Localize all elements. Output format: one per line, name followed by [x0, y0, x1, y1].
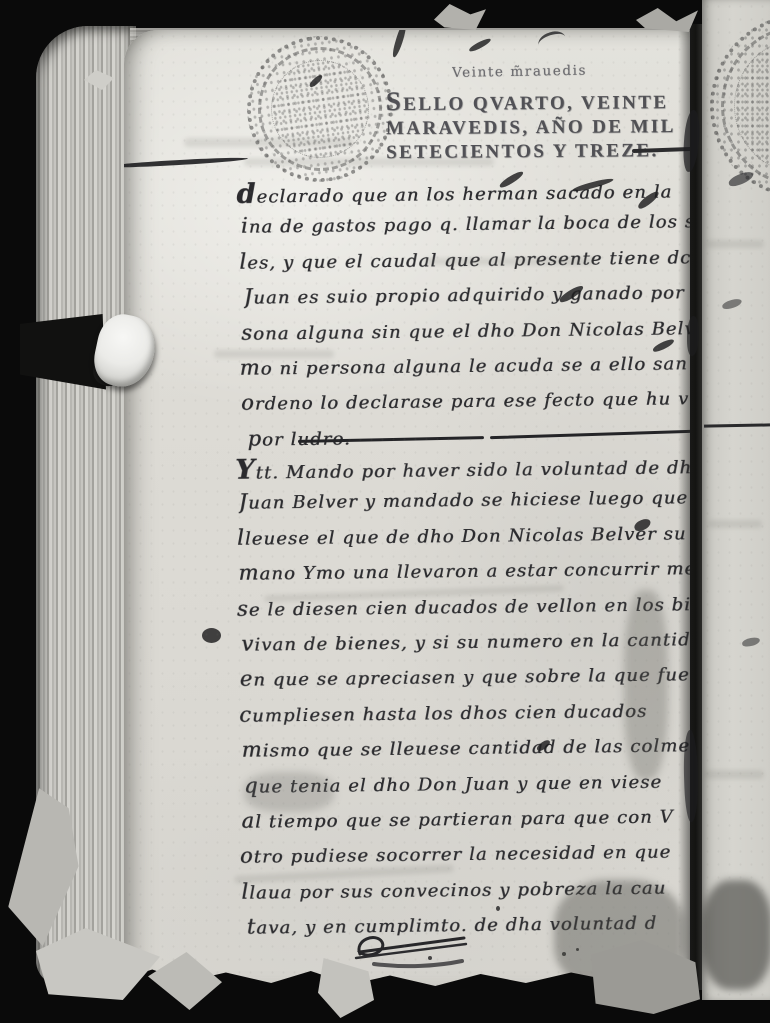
- ink-blot: [468, 37, 492, 53]
- handwritten-line: cumpliesen hasta los dhos cien ducados: [239, 697, 690, 738]
- handwritten-line: mismo que se lleuese cantidad de las col…: [241, 732, 690, 773]
- manuscript-page: Veinte m̃rauedis SELLO QVARTO, VEINTE MA…: [124, 30, 690, 986]
- show-through-streak: [244, 158, 494, 166]
- handwritten-line: lleuese el que de dho Don Nicolas Belver…: [237, 520, 690, 561]
- page-stain: [244, 772, 334, 812]
- ink-blot: [391, 30, 408, 58]
- ink-seal-stamp: [238, 30, 403, 191]
- ink-smear: [124, 156, 248, 168]
- ink-dot: [496, 906, 500, 911]
- facing-page-rule: [704, 423, 770, 428]
- rubric-flourish: [346, 928, 556, 974]
- ink-blot: [202, 628, 221, 643]
- show-through-streak: [424, 258, 594, 265]
- tax-stamp-heading: SELLO QVARTO, VEINTE MARAVEDIS, AÑO DE M…: [386, 87, 690, 165]
- page-stain: [624, 590, 668, 780]
- handwritten-line: en que se apreciasen y que sobre la que …: [240, 662, 690, 703]
- ink-squiggle: [536, 30, 568, 54]
- show-through-streak: [706, 240, 764, 248]
- stamp-heading-line: SELLO QVARTO, VEINTE: [386, 87, 690, 117]
- handwritten-line: declarado que an los herman sacado en la: [236, 173, 690, 214]
- partial-seal-stamp: [710, 14, 770, 198]
- ink-blot: [721, 298, 742, 311]
- show-through-streak: [708, 520, 762, 528]
- paper-tatter: [434, 4, 486, 30]
- page-damage-stain: [702, 880, 770, 990]
- facing-page-edge: [702, 0, 770, 1000]
- stamp-heading-line: MARAVEDIS, AÑO DE MIL: [386, 115, 690, 141]
- show-through-streak: [184, 138, 354, 147]
- handwritten-line: ordeno lo declarase para ese fecto que h…: [241, 386, 690, 427]
- handwritten-line: ina de gastos pago q. llamar la boca de …: [241, 209, 690, 250]
- ink-blot: [741, 636, 760, 647]
- ink-dot: [428, 956, 432, 960]
- manuscript-photo: Veinte m̃rauedis SELLO QVARTO, VEINTE MA…: [0, 0, 770, 1023]
- handwritten-line: Juan Belver y mandado se hiciese luego q…: [238, 485, 690, 526]
- show-through-streak: [704, 770, 764, 779]
- handwritten-paragraph-1: declarado que an los herman sacado en la…: [236, 173, 690, 462]
- handwritten-line: Ytt. Mando por haver sido la voluntad de…: [235, 449, 690, 490]
- stamp-small-header: Veinte m̃rauedis: [452, 61, 682, 81]
- show-through-streak: [214, 350, 334, 358]
- handwritten-line: vivan de bienes, y si su numero en la ca…: [241, 626, 690, 667]
- handwritten-line: Juan es suio propio adquirido y ganado p…: [244, 279, 690, 320]
